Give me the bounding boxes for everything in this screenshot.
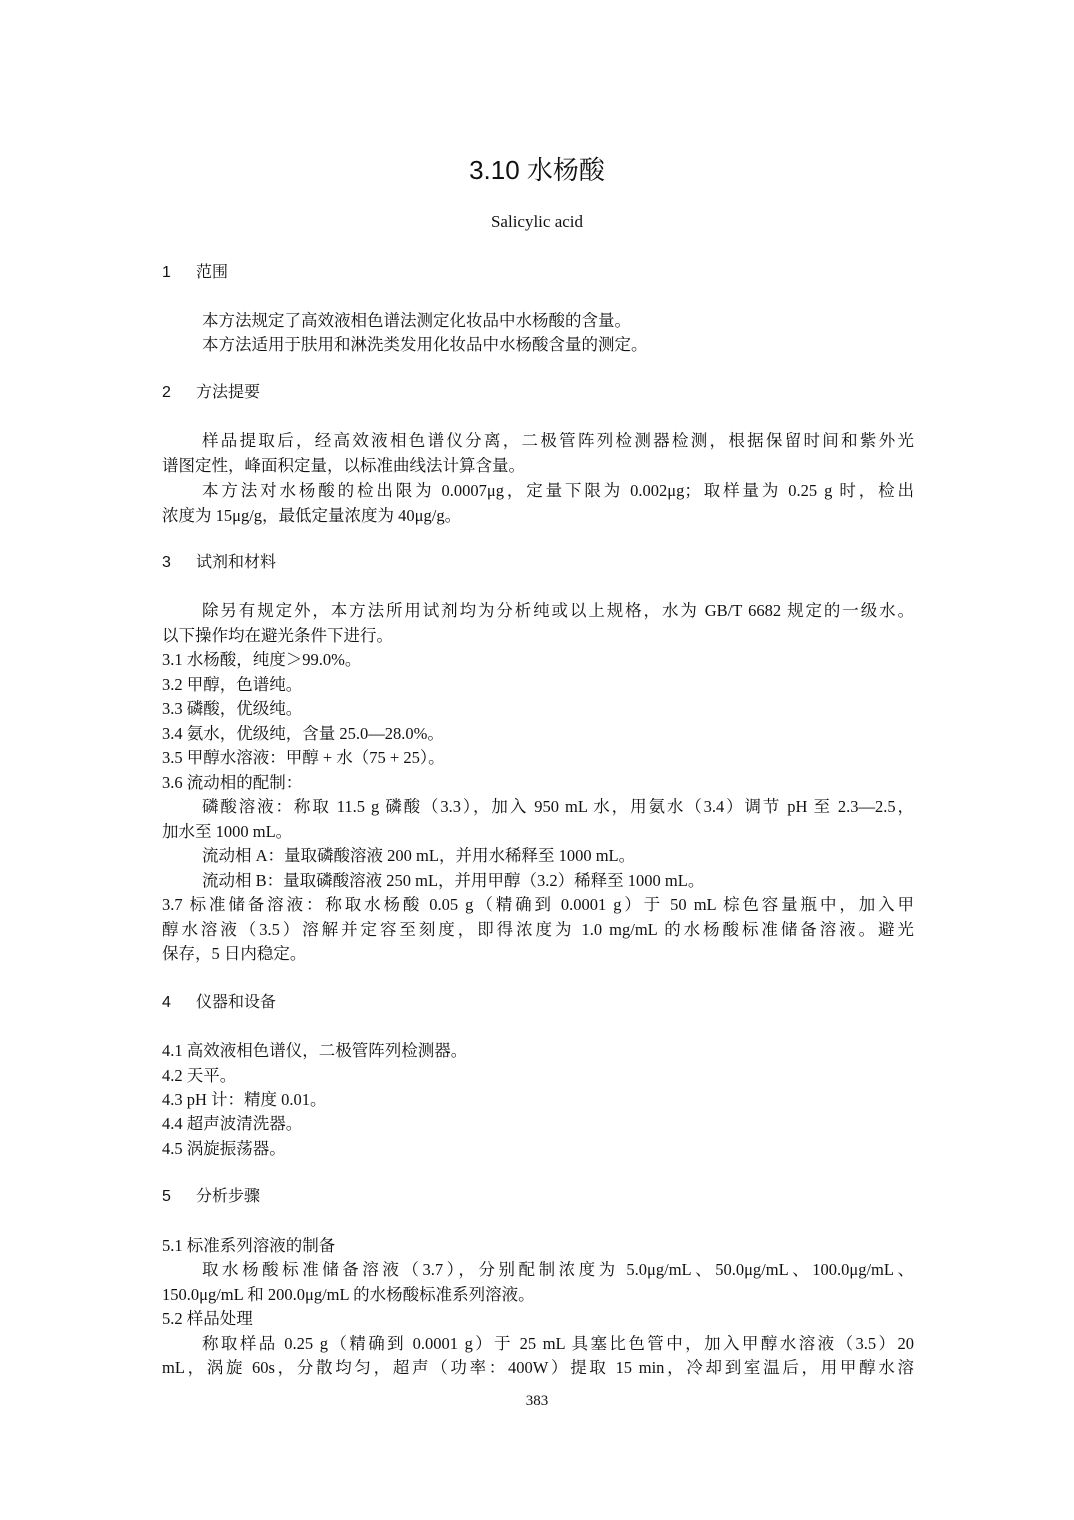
paragraph-line: 流动相 A：量取磷酸溶液 200 mL，并用水稀释至 1000 mL。 (202, 845, 914, 867)
page-title: 3.10 水杨酸 (0, 150, 1074, 187)
section-heading-3: 3试剂和材料 (162, 552, 276, 574)
subsection-heading: 5.1 标准系列溶液的制备 (162, 1235, 914, 1257)
paragraph-line: 流动相 B：量取磷酸溶液 250 mL，并用甲醇（3.2）稀释至 1000 mL… (202, 870, 914, 892)
section-title: 分析步骤 (196, 1188, 260, 1205)
paragraph-line: 本方法适用于肤用和淋洗类发用化妆品中水杨酸含量的测定。 (202, 334, 914, 356)
section-number: 5 (162, 1186, 196, 1208)
paragraph-line: 浓度为 15μg/g，最低定量浓度为 40μg/g。 (162, 505, 914, 527)
paragraph-line: 本方法对水杨酸的检出限为 0.0007μg，定量下限为 0.002μg；取样量为… (202, 480, 914, 502)
list-item: 3.2 甲醇，色谱纯。 (162, 674, 914, 696)
paragraph-line: mL，涡旋 60s，分散均匀，超声（功率：400W）提取 15 min，冷却到室… (162, 1357, 914, 1379)
section-number: 2 (162, 382, 196, 404)
paragraph-line: 称取样品 0.25 g（精确到 0.0001 g）于 25 mL 具塞比色管中，… (202, 1333, 914, 1355)
page-subtitle: Salicylic acid (0, 212, 1074, 232)
section-heading-4: 4仪器和设备 (162, 992, 276, 1014)
list-item: 4.2 天平。 (162, 1065, 914, 1087)
document-page: 3.10 水杨酸 Salicylic acid 1范围 本方法规定了高效液相色谱… (0, 0, 1074, 1520)
section-heading-5: 5分析步骤 (162, 1186, 260, 1208)
paragraph-line: 取水杨酸标准储备溶液（3.7），分别配制浓度为 5.0μg/mL、50.0μg/… (202, 1259, 914, 1281)
paragraph-line: 以下操作均在避光条件下进行。 (162, 625, 914, 647)
page-number: 383 (0, 1393, 1074, 1410)
list-item: 4.1 高效液相色谱仪，二极管阵列检测器。 (162, 1040, 914, 1062)
list-item: 4.4 超声波清洗器。 (162, 1113, 914, 1135)
list-item: 4.5 涡旋振荡器。 (162, 1138, 914, 1160)
section-number: 1 (162, 262, 196, 284)
paragraph-line: 醇水溶液（3.5）溶解并定容至刻度，即得浓度为 1.0 mg/mL 的水杨酸标准… (162, 919, 914, 941)
list-item: 3.6 流动相的配制： (162, 772, 914, 794)
section-title: 仪器和设备 (196, 994, 276, 1011)
section-title: 范围 (196, 264, 228, 281)
paragraph-line: 磷酸溶液：称取 11.5 g 磷酸（3.3），加入 950 mL 水，用氨水（3… (202, 796, 914, 818)
section-title: 方法提要 (196, 384, 260, 401)
paragraph-line: 150.0μg/mL 和 200.0μg/mL 的水杨酸标准系列溶液。 (162, 1284, 914, 1306)
paragraph-line: 本方法规定了高效液相色谱法测定化妆品中水杨酸的含量。 (202, 310, 914, 332)
list-item: 3.4 氨水，优级纯，含量 25.0—28.0%。 (162, 723, 914, 745)
paragraph-line: 谱图定性，峰面积定量，以标准曲线法计算含量。 (162, 455, 914, 477)
list-item: 3.5 甲醇水溶液：甲醇 + 水（75 + 25）。 (162, 747, 914, 769)
section-title: 试剂和材料 (196, 554, 276, 571)
list-item: 4.3 pH 计：精度 0.01。 (162, 1089, 914, 1111)
paragraph-line: 加水至 1000 mL。 (162, 821, 914, 843)
section-number: 4 (162, 992, 196, 1014)
subsection-heading: 5.2 样品处理 (162, 1308, 914, 1330)
paragraph-line: 除另有规定外，本方法所用试剂均为分析纯或以上规格，水为 GB/T 6682 规定… (202, 600, 914, 622)
section-number: 3 (162, 552, 196, 574)
list-item: 3.3 磷酸，优级纯。 (162, 698, 914, 720)
list-item: 3.7 标准储备溶液：称取水杨酸 0.05 g（精确到 0.0001 g）于 5… (162, 894, 914, 916)
section-heading-1: 1范围 (162, 262, 228, 284)
section-heading-2: 2方法提要 (162, 382, 260, 404)
list-item: 3.1 水杨酸，纯度＞99.0%。 (162, 649, 914, 671)
paragraph-line: 样品提取后，经高效液相色谱仪分离，二极管阵列检测器检测，根据保留时间和紫外光 (202, 430, 914, 452)
paragraph-line: 保存，5 日内稳定。 (162, 943, 914, 965)
